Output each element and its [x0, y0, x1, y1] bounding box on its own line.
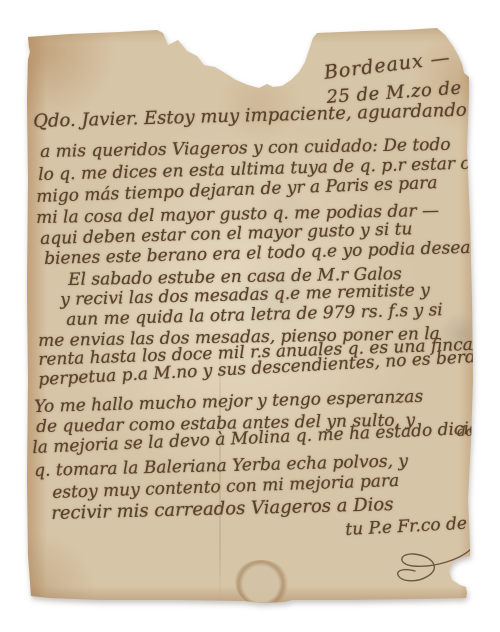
heading-place: Bordeaux — [323, 48, 452, 82]
letter-line-1: Qdo. Javier. Estoy muy impaciente, aguar… [33, 102, 467, 131]
letter-scan: Bordeaux — 25 de M.zo de 1828 Qdo. Javie… [0, 0, 500, 632]
letter-paper: Bordeaux — 25 de M.zo de 1828 Qdo. Javie… [27, 28, 474, 604]
page-background: Bordeaux — 25 de M.zo de 1828 Qdo. Javie… [0, 0, 500, 632]
signature-flourish [387, 544, 479, 596]
signature: tu P.e Fr.co de Goya [345, 513, 500, 539]
paper-stain-bottom [235, 560, 289, 606]
letter-line-16-superscript: do [457, 425, 474, 439]
